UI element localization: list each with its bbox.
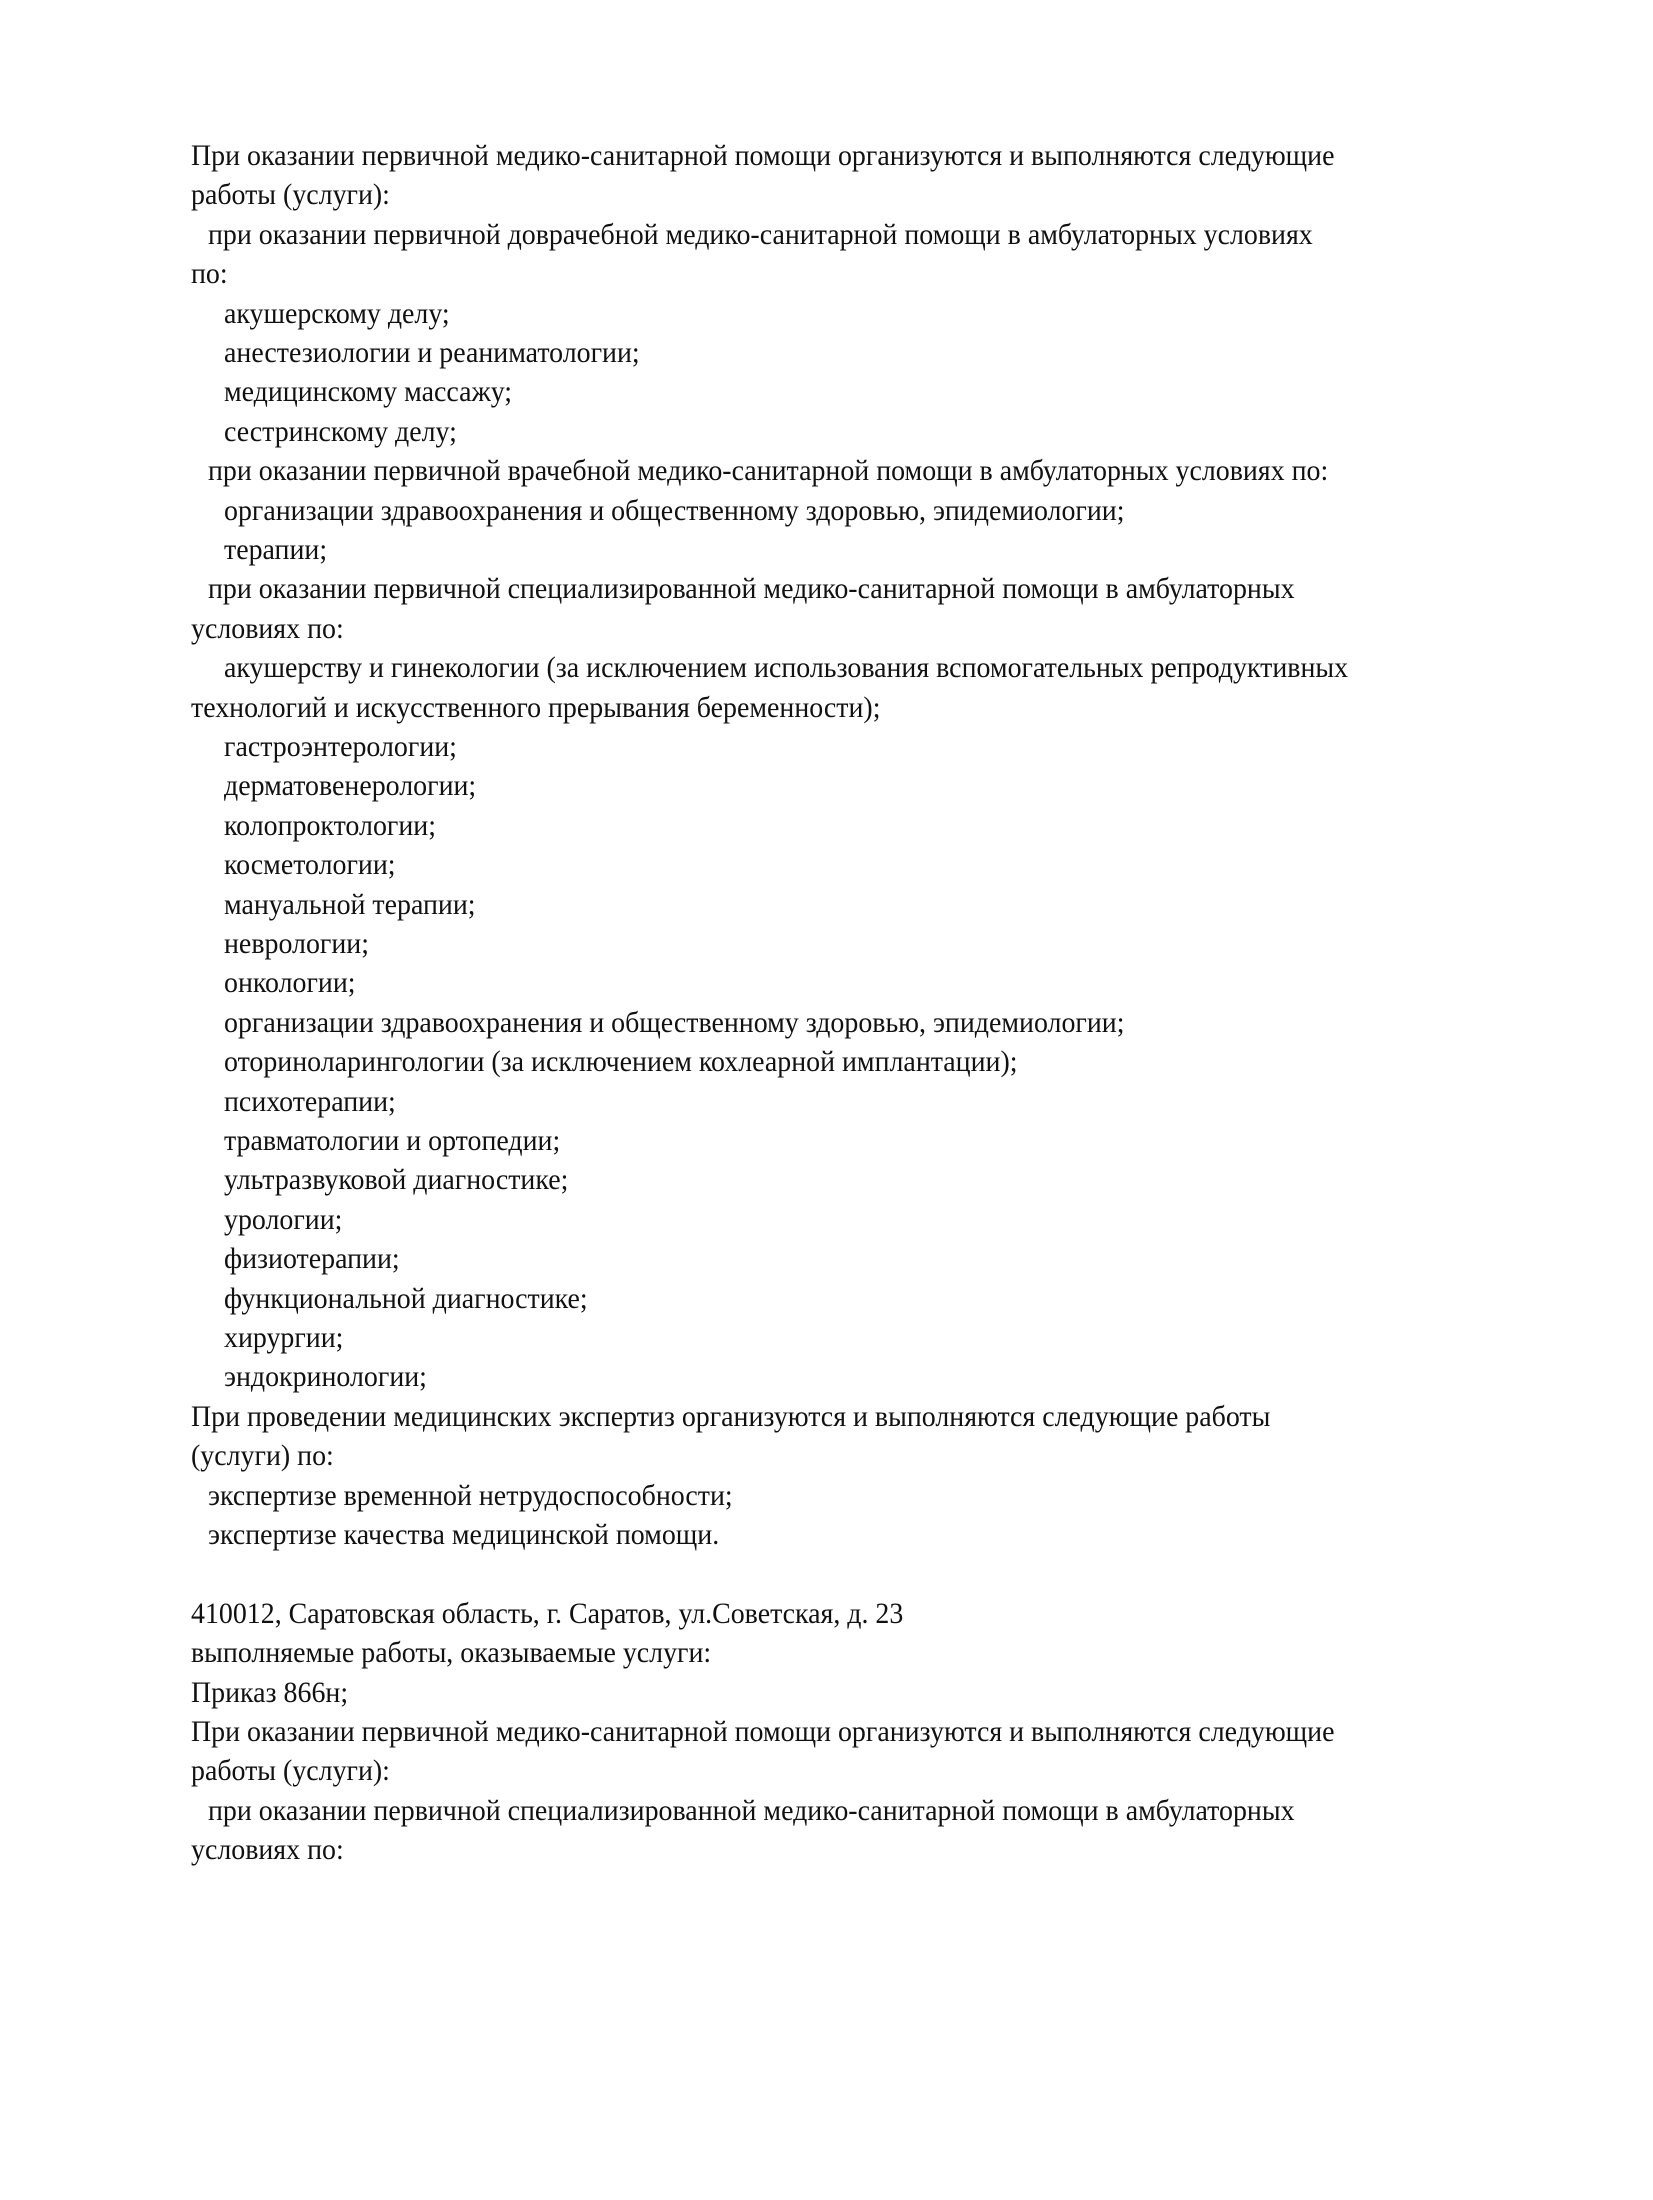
document-page: При оказании первичной медико-санитарной… bbox=[0, 0, 1653, 2200]
list-item: сестринскому делу; bbox=[224, 414, 457, 450]
section-intro: (услуги) по: bbox=[191, 1438, 334, 1474]
list-item: оториноларингологии (за исключением кохл… bbox=[224, 1044, 1018, 1080]
order-reference: Приказ 866н; bbox=[191, 1675, 348, 1711]
list-item: организации здравоохранения и общественн… bbox=[224, 493, 1124, 529]
section-intro: При проведении медицинских экспертиз орг… bbox=[191, 1399, 1270, 1435]
subsection-heading: при оказании первичной специализированно… bbox=[208, 1793, 1295, 1829]
subsection-heading: условиях по: bbox=[191, 611, 344, 647]
list-item: экспертизе временной нетрудоспособности; bbox=[208, 1478, 733, 1514]
subsection-heading: по: bbox=[191, 256, 228, 292]
subsection-heading: при оказании первичной доврачебной медик… bbox=[208, 217, 1313, 253]
list-item: онкологии; bbox=[224, 965, 356, 1001]
list-item: колопроктологии; bbox=[224, 808, 436, 844]
list-item: технологий и искусственного прерывания б… bbox=[191, 690, 880, 726]
section-intro: работы (услуги): bbox=[191, 177, 390, 213]
list-item: психотерапии; bbox=[224, 1084, 396, 1120]
subsection-heading: условиях по: bbox=[191, 1832, 344, 1868]
list-item: косметологии; bbox=[224, 847, 396, 883]
list-item: гастроэнтерологии; bbox=[224, 729, 457, 765]
list-item: терапии; bbox=[224, 532, 327, 568]
list-item: эндокринологии; bbox=[224, 1359, 427, 1395]
list-item: ультразвуковой диагностике; bbox=[224, 1162, 568, 1198]
list-item: травматологии и ортопедии; bbox=[224, 1123, 560, 1159]
section-intro: При оказании первичной медико-санитарной… bbox=[191, 138, 1334, 174]
address: 410012, Саратовская область, г. Саратов,… bbox=[191, 1596, 903, 1632]
list-item: анестезиологии и реаниматологии; bbox=[224, 335, 640, 371]
section-intro: При оказании первичной медико-санитарной… bbox=[191, 1714, 1334, 1750]
subsection-heading: при оказании первичной специализированно… bbox=[208, 571, 1295, 607]
services-label: выполняемые работы, оказываемые услуги: bbox=[191, 1635, 711, 1671]
list-item: организации здравоохранения и общественн… bbox=[224, 1005, 1124, 1041]
list-item: физиотерапии; bbox=[224, 1241, 400, 1277]
subsection-heading: при оказании первичной врачебной медико-… bbox=[208, 453, 1328, 489]
list-item: экспертизе качества медицинской помощи. bbox=[208, 1517, 719, 1553]
list-item: акушерскому делу; bbox=[224, 296, 450, 332]
list-item: неврологии; bbox=[224, 926, 369, 962]
list-item: медицинскому массажу; bbox=[224, 374, 512, 410]
list-item: мануальной терапии; bbox=[224, 887, 476, 923]
section-intro: работы (услуги): bbox=[191, 1753, 390, 1789]
list-item: функциональной диагностике; bbox=[224, 1281, 588, 1317]
list-item: урологии; bbox=[224, 1202, 342, 1238]
list-item: акушерству и гинекологии (за исключением… bbox=[224, 650, 1348, 686]
list-item: хирургии; bbox=[224, 1320, 343, 1356]
list-item: дерматовенерологии; bbox=[224, 768, 476, 804]
